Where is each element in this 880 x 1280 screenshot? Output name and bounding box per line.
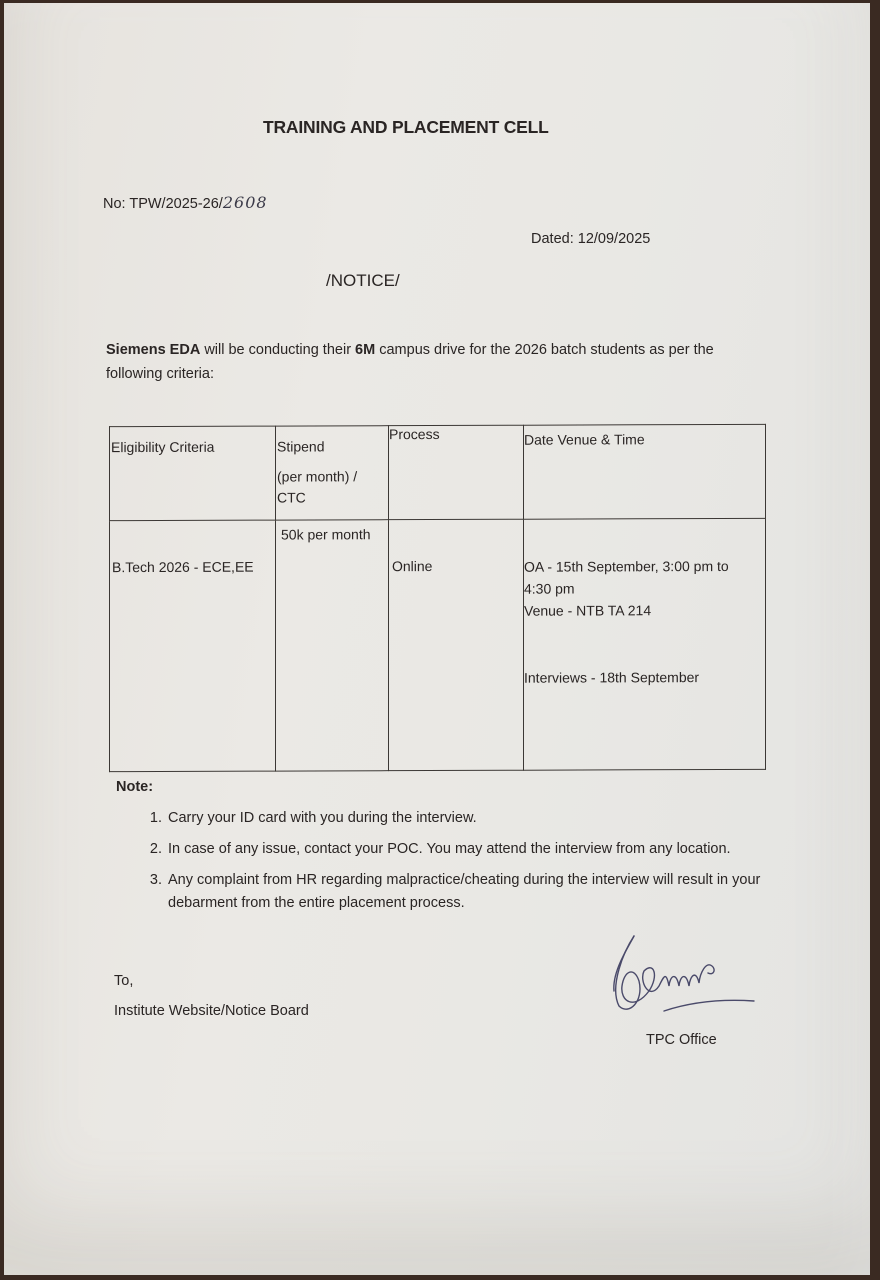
handwritten-number: 2608 [223,193,268,212]
header-stipend-line1: Stipend [277,436,388,457]
oa-schedule-line1: OA - 15th September, 3:00 pm to [524,555,765,578]
header-eligibility: Eligibility Criteria [110,426,276,521]
note-item: In case of any issue, contact your POC. … [166,838,786,861]
interviews-date: Interviews - 18th September [524,666,765,689]
header-stipend-line3: CTC [277,487,388,508]
table-row: B.Tech 2026 - ECE,EE 50k per month Onlin… [110,518,766,771]
note-item: Carry your ID card with you during the i… [166,807,786,830]
signatory: TPC Office [646,1032,717,1048]
to-label: To, [114,973,133,989]
drive-type: 6M [355,342,375,358]
header-process-text: Process [389,426,523,442]
table-header-row: Eligibility Criteria Stipend (per month)… [110,424,766,520]
notice-paper: TRAINING AND PLACEMENT CELL No: TPW/2025… [4,3,870,1275]
date-line: Dated: 12/09/2025 [531,231,650,247]
note-label: Note: [116,779,153,795]
note-item: Any complaint from HR regarding malpract… [166,869,786,915]
header-date-venue-text: Date Venue & Time [524,425,765,448]
intro-paragraph: Siemens EDA will be conducting their 6M … [106,338,746,386]
reference-number: No: TPW/2025-26/2608 [103,193,268,212]
notice-heading: /NOTICE/ [326,271,400,291]
header-stipend: Stipend (per month) / CTC [276,426,389,520]
cell-process: Online [389,519,524,770]
cell-date-venue: OA - 15th September, 3:00 pm to 4:30 pm … [524,518,766,770]
oa-schedule-line2: 4:30 pm [524,577,765,600]
header-date-venue: Date Venue & Time [524,424,766,519]
reference-prefix: No: TPW/2025-26/ [103,196,223,212]
cell-stipend: 50k per month [276,520,389,771]
header-eligibility-text: Eligibility Criteria [110,427,275,456]
recipient: Institute Website/Notice Board [114,1003,309,1019]
cell-eligibility: B.Tech 2026 - ECE,EE [110,520,276,772]
criteria-table: Eligibility Criteria Stipend (per month)… [109,424,766,772]
page-title: TRAINING AND PLACEMENT CELL [263,117,549,138]
header-process: Process [389,425,524,519]
company-name: Siemens EDA [106,342,200,358]
signature-icon [604,931,764,1021]
header-stipend-line2: (per month) / [277,466,388,487]
cell-process-text: Online [389,520,523,574]
notes-list: Carry your ID card with you during the i… [140,807,786,923]
intro-text-1: will be conducting their [200,342,355,358]
cell-eligibility-text: B.Tech 2026 - ECE,EE [110,521,275,576]
venue-text: Venue - NTB TA 214 [524,599,765,622]
cell-stipend-text: 50k per month [276,520,388,542]
